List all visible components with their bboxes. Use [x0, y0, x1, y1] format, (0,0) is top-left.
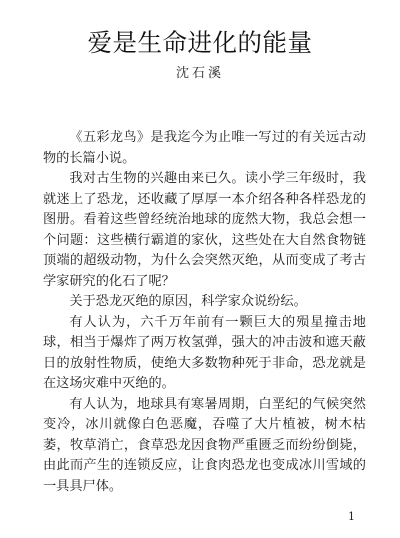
- body-text: 《五彩龙鸟》是我迄今为止唯一写过的有关远古动物的长篇小说。 我对古生物的兴趣由来…: [43, 128, 366, 497]
- paragraph: 《五彩龙鸟》是我迄今为止唯一写过的有关远古动物的长篇小说。: [43, 128, 366, 169]
- paragraph: 关于恐龙灭绝的原因，科学家众说纷纭。: [43, 292, 366, 313]
- paragraph: 有人认为，六千万年前有一颗巨大的殒星撞击地球，相当于爆炸了两万枚氢弹，强大的冲击…: [43, 313, 366, 395]
- page-number: 1: [348, 510, 355, 523]
- document-page: 爱是生命进化的能量 沈石溪 《五彩龙鸟》是我迄今为止唯一写过的有关远古动物的长篇…: [0, 0, 400, 538]
- page-title: 爱是生命进化的能量: [0, 28, 400, 58]
- paragraph: 我对古生物的兴趣由来已久。读小学三年级时，我就迷上了恐龙，还收藏了厚厚一本介绍各…: [43, 169, 366, 292]
- author-name: 沈石溪: [0, 66, 400, 82]
- paragraph: 有人认为，地球具有寒暑周期，白垩纪的气候突然变冷，冰川就像白色恶魔，吞噬了大片植…: [43, 395, 366, 498]
